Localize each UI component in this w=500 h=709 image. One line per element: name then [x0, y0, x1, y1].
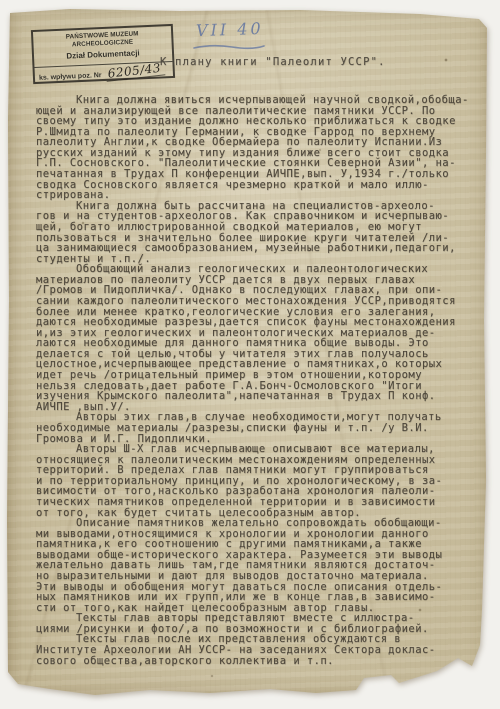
paper-shadow-wrap: PAŃSTWOWE MUZEUM ARCHEOLOGICZNE Dział Do… [0, 0, 500, 709]
handwritten-page-mark: VII 40 [196, 21, 264, 39]
document-title: К плану книги "Палеолит УССР". [160, 57, 386, 68]
document-page: PAŃSTWOWE MUZEUM ARCHEOLOGICZNE Dział Do… [0, 0, 500, 709]
handwritten-underline-stroke [192, 42, 266, 52]
paragraph-3: Обобщающий анализ геологических и палеон… [36, 264, 474, 412]
paragraph-7: Тексты глав авторы представляют вместе с… [36, 613, 474, 634]
paragraph-6: Описание памятников желательно сопровожд… [36, 518, 474, 613]
scanned-document: PAŃSTWOWE MUZEUM ARCHEOLOGICZNE Dział Do… [0, 0, 500, 709]
stamp-register-label: ks. wpływu poz. Nr [39, 71, 102, 83]
document-body: Книга должна явиться исчерпывающей научн… [36, 95, 474, 666]
paragraph-4: Авторы этих глав,в случае необходимости,… [36, 412, 474, 444]
paragraph-5: Авторы Ш-Х глав исчерпывающе описывают в… [36, 444, 474, 518]
paragraph-2: Книга должна быть рассчитана на специали… [36, 201, 474, 264]
paragraph-8: Тексты глав после их представления обсуж… [36, 634, 474, 666]
museum-stamp: PAŃSTWOWE MUZEUM ARCHEOLOGICZNE Dział Do… [31, 24, 175, 84]
stamp-register-row: ks. wpływu poz. Nr 6205/43 [34, 61, 173, 83]
stamp-register-number: 6205/43 [105, 62, 165, 81]
paragraph-1: Книга должна явиться исчерпывающей научн… [36, 95, 474, 201]
